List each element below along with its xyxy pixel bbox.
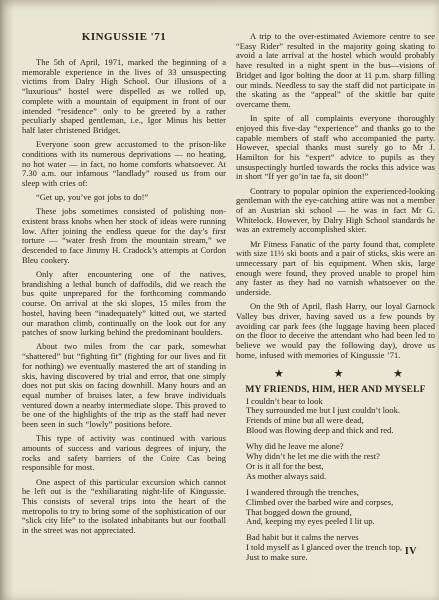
magazine-page: KINGUSSIE '71 The 5th of April, 1971, ma… — [0, 0, 439, 600]
article-paragraph: A trip to the over-estimated Aviemore ce… — [236, 32, 435, 110]
article-title: KINGUSSIE '71 — [22, 31, 226, 43]
article-paragraph: Only after encountering one of the nativ… — [22, 270, 226, 338]
poem-stanza: I wandered through the trenches, Climbed… — [246, 488, 435, 528]
article-paragraph: Everyone soon grew accustomed to the pri… — [22, 140, 226, 189]
article-paragraph: One aspect of this particular excursion … — [22, 478, 226, 536]
star-divider: ★ ★ ★ — [274, 368, 403, 380]
star-icon: ★ — [393, 368, 403, 380]
star-icon: ★ — [334, 368, 344, 380]
page-content: KINGUSSIE '71 The 5th of April, 1971, ma… — [0, 0, 439, 569]
article-paragraph: On the 9th of April, flash Harry, our lo… — [236, 302, 435, 360]
article-paragraph: This type of activity was continued with… — [22, 434, 226, 473]
article-paragraph: These jobs sometimes consisted of polish… — [22, 207, 226, 265]
article-paragraph: The 5th of April, 1971, marked the begin… — [22, 58, 226, 136]
poem-line: As mother always said. — [246, 472, 435, 482]
poem-stanza: Why did he leave me alone? Why didn’t he… — [246, 442, 435, 482]
poem-stanza: I couldn’t bear to look They surrounded … — [246, 397, 435, 437]
article-paragraph: “Get up, you’ve got jobs to do!” — [22, 193, 226, 203]
star-icon: ★ — [274, 368, 284, 380]
page-number: IV — [405, 546, 417, 557]
left-column: KINGUSSIE '71 The 5th of April, 1971, ma… — [22, 25, 226, 569]
poem-title: MY FRIENDS, HIM, HER AND MYSELF — [236, 385, 435, 395]
article-paragraph: In spite of all complaints everyone thor… — [236, 114, 435, 182]
poem-line: And, keeping my eyes peeled I lit up. — [246, 517, 435, 527]
article-paragraph: Contrary to popular opinion the experien… — [236, 187, 435, 236]
article-paragraph: About two miles from the car park, somew… — [22, 342, 226, 429]
right-column: A trip to the over-estimated Aviemore ce… — [236, 25, 435, 569]
poem-line: Blood was flowing deep and thick and red… — [246, 426, 435, 436]
article-paragraph: Mr Fitness Fanatic of the party found th… — [236, 240, 435, 298]
